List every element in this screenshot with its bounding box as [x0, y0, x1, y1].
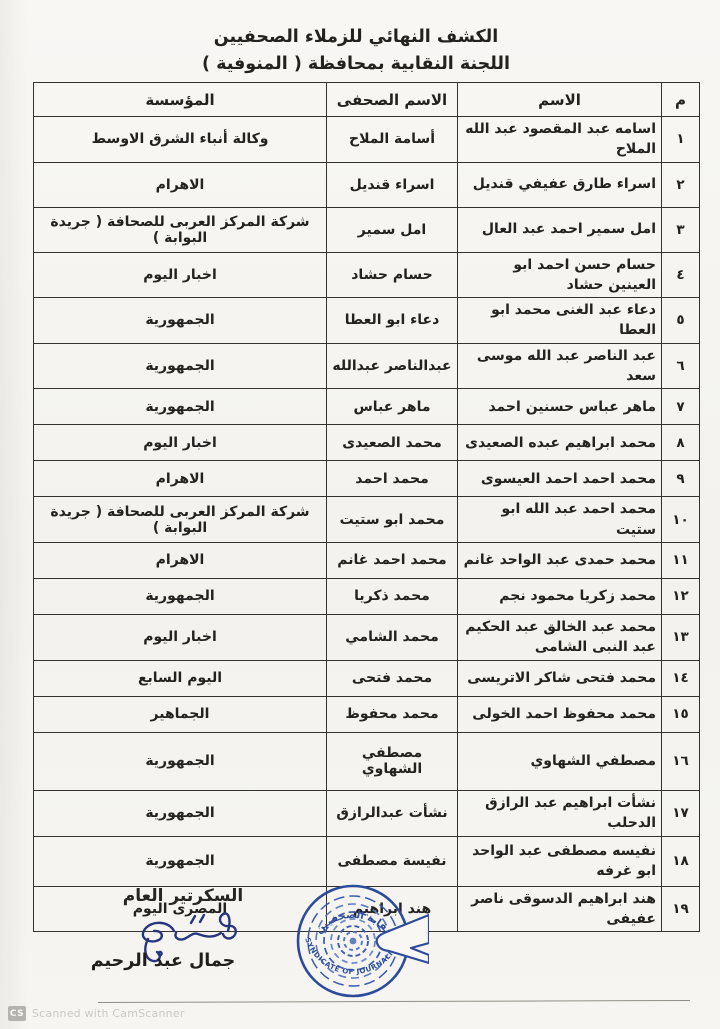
member-press-name: محمد ذكريا	[327, 578, 458, 614]
document-title: الكشف النهائي للزملاء الصحفيين اللجنة ال…	[0, 24, 712, 78]
camscanner-badge-icon: CS	[8, 1006, 26, 1021]
member-press-name: حسام حشاد	[327, 252, 458, 298]
member-full-name: دعاء عبد الغنى محمد ابو العطا	[458, 298, 662, 344]
member-institution: اخبار اليوم	[34, 614, 327, 660]
member-press-name: امل سمير	[327, 207, 458, 252]
camscanner-watermark: CS Scanned with CamScanner	[8, 1006, 185, 1021]
row-number: ٦	[662, 343, 700, 389]
member-institution: الجمهورية	[34, 732, 327, 790]
member-full-name: حسام حسن احمد ابو العينين حشاد	[458, 252, 662, 298]
member-institution: الجمهورية	[34, 298, 327, 344]
member-press-name: محمد احمد غانم	[327, 542, 458, 578]
member-institution: الاهرام	[34, 461, 327, 497]
table-row: ٥ دعاء عبد الغنى محمد ابو العطا دعاء ابو…	[34, 298, 700, 344]
row-number: ١	[662, 117, 700, 163]
row-number: ٩	[662, 461, 700, 497]
row-number: ١٠	[662, 497, 700, 543]
member-institution: اليوم السابع	[34, 660, 327, 696]
member-press-name: محمد ابو ستيت	[327, 497, 458, 543]
secretary-title: السكرتير العام	[118, 886, 248, 906]
row-number: ٥	[662, 298, 700, 344]
table-row: ٢ اسراء طارق عفيفي قنديل اسراء قنديل الا…	[34, 162, 700, 207]
member-institution: وكالة أنباء الشرق الاوسط	[34, 117, 327, 163]
table-row: ١ اسامه عبد المقصود عبد الله الملاح أسام…	[34, 117, 700, 163]
member-press-name: محمد محفوظ	[327, 696, 458, 732]
member-press-name: ماهر عباس	[327, 389, 458, 425]
member-institution: الجمهورية	[34, 389, 327, 425]
member-press-name: محمد فتحى	[327, 660, 458, 696]
member-full-name: ماهر عباس حسنين احمد	[458, 389, 662, 425]
member-press-name: أسامة الملاح	[327, 117, 458, 163]
table-row: ١٣ محمد عبد الخالق عبد الحكيم عبد النبى …	[34, 614, 700, 660]
member-institution: شركة المركز العربى للصحافة ( جريدة البوا…	[34, 207, 327, 252]
title-line-1: الكشف النهائي للزملاء الصحفيين	[0, 24, 712, 51]
member-institution: الجمهورية	[34, 578, 327, 614]
row-number: ٤	[662, 252, 700, 298]
table-row: ١٥ محمد محفوظ احمد الخولى محمد محفوظ الج…	[34, 696, 700, 732]
table-row: ١٠ محمد احمد عبد الله ابو ستيت محمد ابو …	[34, 497, 700, 543]
row-number: ١٦	[662, 732, 700, 790]
member-full-name: محمد احمد احمد العيسوى	[458, 461, 662, 497]
table-row: ٣ امل سمير احمد عبد العال امل سمير شركة …	[34, 207, 700, 252]
member-full-name: محمد فتحى شاكر الاتريسى	[458, 660, 662, 696]
member-full-name: اسراء طارق عفيفي قنديل	[458, 162, 662, 207]
member-full-name: محمد عبد الخالق عبد الحكيم عبد النبى الش…	[458, 614, 662, 660]
member-institution: الجمهورية	[34, 343, 327, 389]
table-row: ٩ محمد احمد احمد العيسوى محمد احمد الاهر…	[34, 461, 700, 497]
table-row: ٤ حسام حسن احمد ابو العينين حشاد حسام حش…	[34, 252, 700, 298]
member-institution: الجماهير	[34, 696, 327, 732]
table-row: ١٢ محمد زكريا محمود نجم محمد ذكريا الجمه…	[34, 578, 700, 614]
title-line-2: اللجنة النقابية بمحافظة ( المنوفية )	[0, 51, 712, 78]
row-number: ١٧	[662, 790, 700, 836]
member-press-name: محمد الصعيدى	[327, 425, 458, 461]
camscanner-text: Scanned with CamScanner	[32, 1007, 185, 1020]
member-institution: شركة المركز العربى للصحافة ( جريدة البوا…	[34, 497, 327, 543]
table-row: ١٧ نشأت ابراهيم عبد الرازق الدحلب نشأت ع…	[34, 790, 700, 836]
row-number: ٧	[662, 389, 700, 425]
member-institution: الاهرام	[34, 162, 327, 207]
member-press-name: مصطفي الشهاوي	[327, 732, 458, 790]
row-number: ١٩	[662, 886, 700, 932]
member-press-name: اسراء قنديل	[327, 162, 458, 207]
member-full-name: اسامه عبد المقصود عبد الله الملاح	[458, 117, 662, 163]
member-full-name: محمد ابراهيم عبده الصعيدى	[458, 425, 662, 461]
table-row: ١٦ مصطفي الشهاوي مصطفي الشهاوي الجمهورية	[34, 732, 700, 790]
row-number: ١٢	[662, 578, 700, 614]
secretary-name: جمال عبد الرحيم	[78, 951, 248, 971]
row-number: ١٤	[662, 660, 700, 696]
member-full-name: محمد احمد عبد الله ابو ستيت	[458, 497, 662, 543]
row-number: ١٣	[662, 614, 700, 660]
member-institution: اخبار اليوم	[34, 252, 327, 298]
syndicate-stamp-icon: نقابة الصحفيين SYNDICATE OF JOURNALISTS	[285, 882, 429, 1004]
member-full-name: مصطفي الشهاوي	[458, 732, 662, 790]
header-name: الاسم	[458, 83, 662, 117]
member-institution: الجمهورية	[34, 836, 327, 886]
header-institution: المؤسسة	[34, 83, 327, 117]
member-press-name: دعاء ابو العطا	[327, 298, 458, 344]
member-full-name: نفيسه مصطفى عبد الواحد ابو غرفه	[458, 836, 662, 886]
member-full-name: عبد الناصر عبد الله موسى سعد	[458, 343, 662, 389]
journalists-table: م الاسم الاسم الصحفى المؤسسة ١ اسامه عبد…	[33, 82, 700, 932]
member-full-name: هند ابراهيم الدسوقى ناصر عفيفى	[458, 886, 662, 932]
member-press-name: نشأت عبدالرازق	[327, 790, 458, 836]
table-row: ٧ ماهر عباس حسنين احمد ماهر عباس الجمهور…	[34, 389, 700, 425]
member-institution: اخبار اليوم	[34, 425, 327, 461]
row-number: ١١	[662, 542, 700, 578]
scanned-document-sheet: الكشف النهائي للزملاء الصحفيين اللجنة ال…	[0, 0, 720, 1029]
row-number: ٨	[662, 425, 700, 461]
table-row: ١١ محمد حمدى عبد الواحد غانم محمد احمد غ…	[34, 542, 700, 578]
table-row: ١٤ محمد فتحى شاكر الاتريسى محمد فتحى الي…	[34, 660, 700, 696]
member-press-name: عبدالناصر عبدالله	[327, 343, 458, 389]
member-full-name: محمد حمدى عبد الواحد غانم	[458, 542, 662, 578]
member-press-name: محمد الشامي	[327, 614, 458, 660]
member-institution: الاهرام	[34, 542, 327, 578]
table-header-row: م الاسم الاسم الصحفى المؤسسة	[34, 83, 700, 117]
header-number: م	[662, 83, 700, 117]
member-full-name: امل سمير احمد عبد العال	[458, 207, 662, 252]
member-full-name: نشأت ابراهيم عبد الرازق الدحلب	[458, 790, 662, 836]
table-row: ١٨ نفيسه مصطفى عبد الواحد ابو غرفه نفيسة…	[34, 836, 700, 886]
header-press-name: الاسم الصحفى	[327, 83, 458, 117]
table-row: ٨ محمد ابراهيم عبده الصعيدى محمد الصعيدى…	[34, 425, 700, 461]
table-row: ٦ عبد الناصر عبد الله موسى سعد عبدالناصر…	[34, 343, 700, 389]
member-press-name: نفيسة مصطفى	[327, 836, 458, 886]
row-number: ١٨	[662, 836, 700, 886]
row-number: ٣	[662, 207, 700, 252]
member-full-name: محمد زكريا محمود نجم	[458, 578, 662, 614]
row-number: ١٥	[662, 696, 700, 732]
member-institution: الجمهورية	[34, 790, 327, 836]
row-number: ٢	[662, 162, 700, 207]
member-full-name: محمد محفوظ احمد الخولى	[458, 696, 662, 732]
member-press-name: محمد احمد	[327, 461, 458, 497]
